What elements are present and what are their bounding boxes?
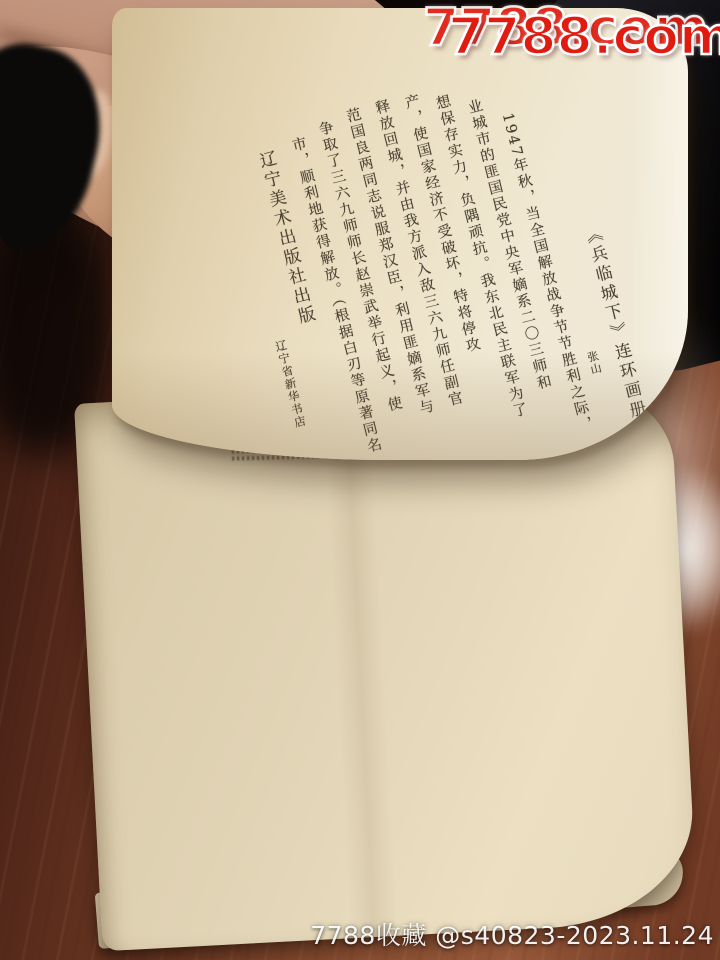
- page-text-block: 《兵临城下》连环画册介绍 张山 1947年秋，当全国解放战争节节胜利之际， 业城…: [141, 22, 678, 460]
- watermark-collection-id: 7788收藏 @s40823-2023.11.24: [310, 916, 714, 952]
- lifted-page[interactable]: 《兵临城下》连环画册介绍 张山 1947年秋，当全国解放战争节节胜利之际， 业城…: [112, 8, 688, 460]
- page-crease: [322, 388, 399, 938]
